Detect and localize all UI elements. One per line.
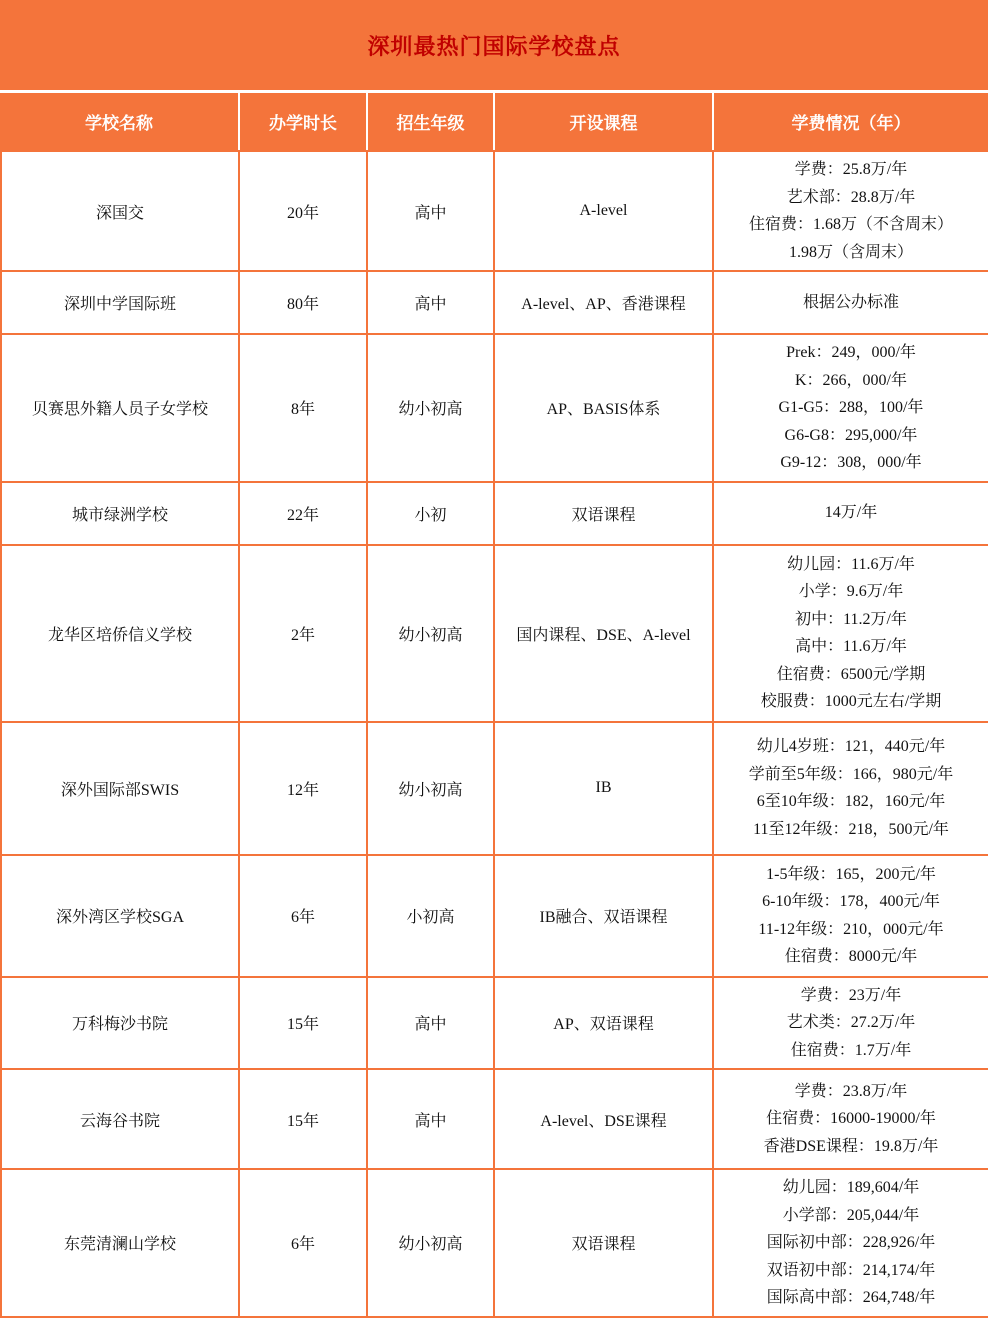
column-header-fees: 学费情况（年）	[712, 93, 988, 150]
grades-cell: 高中	[367, 151, 494, 271]
school-name-cell: 深外湾区学校SGA	[1, 855, 239, 977]
table-row: 贝赛思外籍人员子女学校 8年 幼小初高 AP、BASIS体系 Prek：249，…	[1, 334, 988, 482]
duration-cell: 8年	[239, 334, 367, 482]
grades-cell: 幼小初高	[367, 545, 494, 722]
grades-cell: 幼小初高	[367, 334, 494, 482]
courses-cell: 双语课程	[494, 1169, 713, 1317]
fees-cell: 学费：25.8万/年 艺术部：28.8万/年 住宿费：1.68万（不含周末） 1…	[713, 151, 988, 271]
fees-cell: 幼儿园：189,604/年 小学部：205,044/年 国际初中部：228,92…	[713, 1169, 988, 1317]
table-row: 东莞清澜山学校 6年 幼小初高 双语课程 幼儿园：189,604/年 小学部：2…	[1, 1169, 988, 1317]
courses-cell: AP、BASIS体系	[494, 334, 713, 482]
school-name-cell: 城市绿洲学校	[1, 482, 239, 545]
table-row: 深外国际部SWIS 12年 幼小初高 IB 幼儿4岁班：121，440元/年 学…	[1, 722, 988, 855]
grades-cell: 高中	[367, 271, 494, 334]
school-comparison-table: 深圳最热门国际学校盘点 学校名称 办学时长 招生年级 开设课程 学费情况（年） …	[0, 0, 988, 1318]
duration-cell: 12年	[239, 722, 367, 855]
column-header-grades: 招生年级	[366, 93, 493, 150]
table-row: 深国交 20年 高中 A-level 学费：25.8万/年 艺术部：28.8万/…	[1, 151, 988, 271]
table-row: 万科梅沙书院 15年 高中 AP、双语课程 学费：23万/年 艺术类：27.2万…	[1, 977, 988, 1070]
column-header-school-name: 学校名称	[0, 93, 238, 150]
duration-cell: 22年	[239, 482, 367, 545]
school-name-cell: 深外国际部SWIS	[1, 722, 239, 855]
table-header-row: 学校名称 办学时长 招生年级 开设课程 学费情况（年）	[0, 90, 988, 150]
school-name-cell: 深圳中学国际班	[1, 271, 239, 334]
table-body: 深国交 20年 高中 A-level 学费：25.8万/年 艺术部：28.8万/…	[0, 150, 988, 1318]
grades-cell: 高中	[367, 977, 494, 1070]
courses-cell: AP、双语课程	[494, 977, 713, 1070]
column-header-courses: 开设课程	[493, 93, 712, 150]
grades-cell: 幼小初高	[367, 1169, 494, 1317]
courses-cell: 双语课程	[494, 482, 713, 545]
table-row: 城市绿洲学校 22年 小初 双语课程 14万/年	[1, 482, 988, 545]
courses-cell: A-level、DSE课程	[494, 1069, 713, 1169]
courses-cell: A-level、AP、香港课程	[494, 271, 713, 334]
school-name-cell: 东莞清澜山学校	[1, 1169, 239, 1317]
courses-cell: IB融合、双语课程	[494, 855, 713, 977]
duration-cell: 2年	[239, 545, 367, 722]
school-name-cell: 深国交	[1, 151, 239, 271]
fees-cell: Prek：249，000/年 K：266，000/年 G1-G5：288，100…	[713, 334, 988, 482]
school-name-cell: 贝赛思外籍人员子女学校	[1, 334, 239, 482]
fees-cell: 幼儿4岁班：121，440元/年 学前至5年级：166，980元/年 6至10年…	[713, 722, 988, 855]
courses-cell: A-level	[494, 151, 713, 271]
duration-cell: 6年	[239, 1169, 367, 1317]
fees-cell: 根据公办标准	[713, 271, 988, 334]
column-header-duration: 办学时长	[238, 93, 366, 150]
fees-cell: 14万/年	[713, 482, 988, 545]
grades-cell: 小初高	[367, 855, 494, 977]
grades-cell: 小初	[367, 482, 494, 545]
table-row: 云海谷书院 15年 高中 A-level、DSE课程 学费：23.8万/年 住宿…	[1, 1069, 988, 1169]
table-row: 深圳中学国际班 80年 高中 A-level、AP、香港课程 根据公办标准	[1, 271, 988, 334]
duration-cell: 80年	[239, 271, 367, 334]
table-row: 龙华区培侨信义学校 2年 幼小初高 国内课程、DSE、A-level 幼儿园：1…	[1, 545, 988, 722]
school-name-cell: 云海谷书院	[1, 1069, 239, 1169]
page-title: 深圳最热门国际学校盘点	[0, 0, 988, 90]
fees-cell: 学费：23.8万/年 住宿费：16000-19000/年 香港DSE课程：19.…	[713, 1069, 988, 1169]
courses-cell: IB	[494, 722, 713, 855]
school-name-cell: 龙华区培侨信义学校	[1, 545, 239, 722]
grades-cell: 高中	[367, 1069, 494, 1169]
fees-cell: 1-5年级：165，200元/年 6-10年级：178，400元/年 11-12…	[713, 855, 988, 977]
school-name-cell: 万科梅沙书院	[1, 977, 239, 1070]
courses-cell: 国内课程、DSE、A-level	[494, 545, 713, 722]
fees-cell: 幼儿园：11.6万/年 小学：9.6万/年 初中：11.2万/年 高中：11.6…	[713, 545, 988, 722]
duration-cell: 20年	[239, 151, 367, 271]
table-row: 深外湾区学校SGA 6年 小初高 IB融合、双语课程 1-5年级：165，200…	[1, 855, 988, 977]
fees-cell: 学费：23万/年 艺术类：27.2万/年 住宿费：1.7万/年	[713, 977, 988, 1070]
duration-cell: 15年	[239, 977, 367, 1070]
grades-cell: 幼小初高	[367, 722, 494, 855]
duration-cell: 15年	[239, 1069, 367, 1169]
duration-cell: 6年	[239, 855, 367, 977]
